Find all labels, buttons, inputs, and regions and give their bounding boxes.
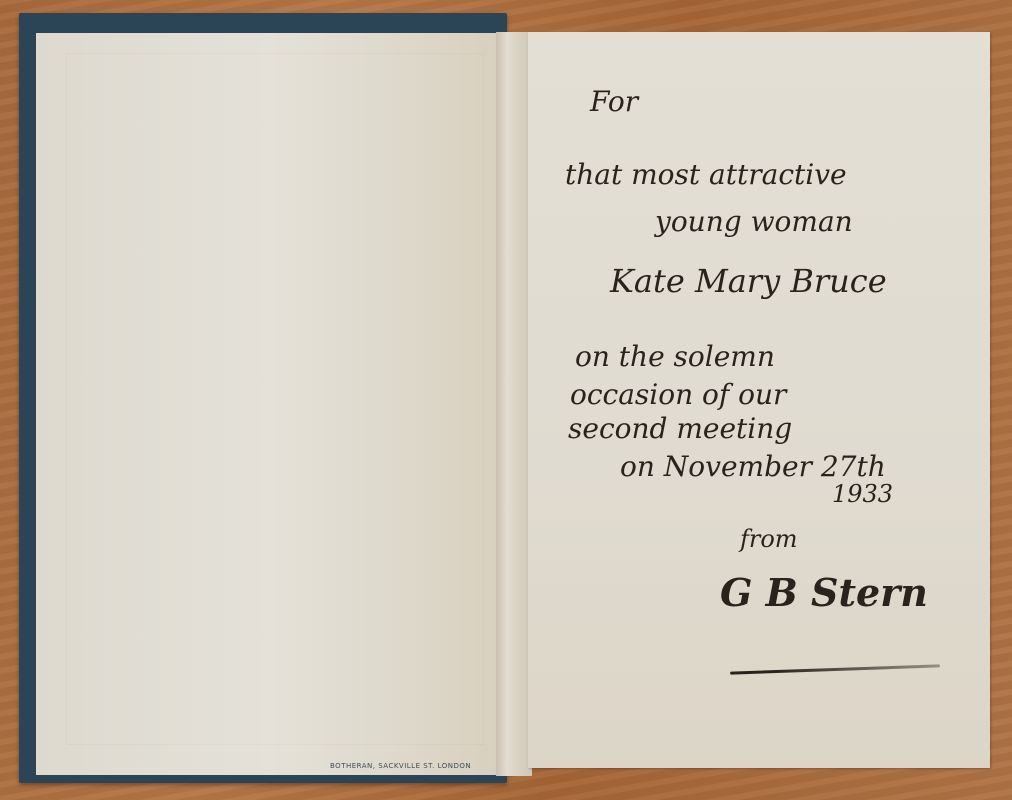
inscription-line-7: second meeting (568, 412, 792, 445)
inscription-line-5: on the solemn (575, 340, 775, 373)
author-signature: G B Stern (720, 570, 928, 615)
inscription-year: 1933 (832, 480, 893, 508)
book-gutter (496, 32, 532, 776)
inscription-line-for: For (590, 85, 638, 118)
inscription-line-6: occasion of our (570, 378, 786, 411)
inscription-line-2: that most attractive (565, 158, 847, 191)
inscription-line-3: young woman (655, 205, 853, 238)
inscription-date: on November 27th (620, 450, 886, 483)
inscription-from: from (740, 525, 798, 553)
binder-stamp: BOTHERAN, SACKVILLE ST. LONDON (330, 762, 471, 770)
left-pastedown-page (36, 33, 504, 775)
recipient-name: Kate Mary Bruce (610, 262, 887, 300)
